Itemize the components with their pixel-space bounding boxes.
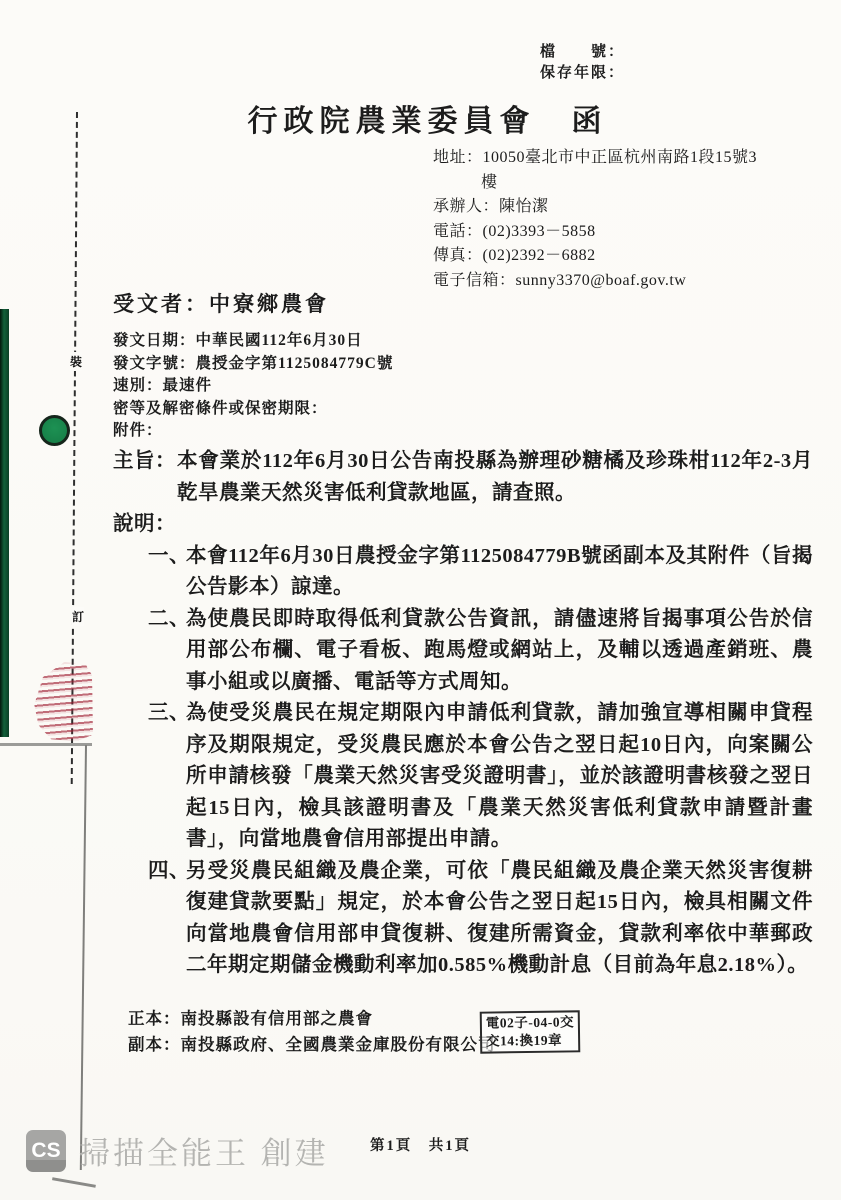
item-text: 另受災農民組織及農企業，可依「農民組織及農企業天然災害復耕復建貸款要點」規定，於… [186,860,813,977]
sender-address-line1: 地址：10050臺北市中正區杭州南路1段15號3 [433,146,813,171]
subject-text: 本會業於112年6月30日公告南投縣為辦理砂糖橘及珍珠柑112年2-3月乾旱農業… [177,450,813,504]
file-number-label: 檔 號： [540,42,625,63]
page-edge-vertical-line [80,745,87,1170]
subject-paragraph: 主旨： 本會業於112年6月30日公告南投縣為辦理砂糖橘及珍珠柑112年2-3月… [113,446,813,509]
registry-stamp: 電02子-04-0交 交14:換19章 [480,1010,581,1053]
recipient-line: 受文者：中寮鄉農會 [113,288,329,318]
distribution-original: 正本：南投縣設有信用部之農會 [128,1006,496,1032]
distribution-copy: 副本：南投縣政府、全國農業金庫股份有限公司 [128,1032,496,1058]
registry-stamp-line2: 交14:換19章 [486,1031,574,1050]
meta-doc-number: 發文字號：農授金字第1125084779C號 [113,353,393,376]
subject-label: 主旨： [113,446,176,478]
watermark-text: 掃描全能王 創建 [79,1128,329,1173]
sender-phone: 電話：(02)3393－5858 [433,220,813,245]
item-number: 三、 [148,698,190,730]
item-text: 本會112年6月30日農授金字第1125084779B號函副本及其附件（旨揭公告… [186,545,813,599]
sender-contact-person: 承辦人：陳怡潔 [433,195,813,220]
meta-security-class: 密等及解密條件或保密期限： [113,398,393,421]
binding-mark-ding: 訂 [72,607,84,626]
explanation-item-4: 四、 另受災農民組織及農企業，可依「農民組織及農企業天然災害復耕復建貸款要點」規… [113,856,813,982]
sender-email: 電子信箱：sunny3370@boaf.gov.tw [433,269,813,294]
camscanner-watermark: CS 掃描全能王 創建 [26,1128,329,1173]
green-edge-strip [0,309,9,737]
explanation-item-1: 一、 本會112年6月30日農授金字第1125084779B號函副本及其附件（旨… [113,541,813,604]
sender-info: 地址：10050臺北市中正區杭州南路1段15號3 樓 承辦人：陳怡潔 電話：(0… [433,146,813,293]
document-body: 主旨： 本會業於112年6月30日公告南投縣為辦理砂糖橘及珍珠柑112年2-3月… [113,446,813,982]
document-title: 行政院農業委員會 函 [0,96,841,140]
registry-stamp-line1: 電02子-04-0交 [486,1013,574,1032]
scanned-document-page: 裝 訂 檔 號： 保存年限： 行政院農業委員會 函 地址：10050臺北市中正區… [0,0,841,1200]
retention-label: 保存年限： [540,63,625,84]
page-edge-curve [52,1177,96,1187]
explanation-label: 說明： [113,509,813,541]
sender-address-line2: 樓 [433,171,813,196]
binding-mark-zhuang: 裝 [70,352,82,371]
item-number: 一、 [148,541,190,573]
item-text: 為使農民即時取得低利貸款公告資訊，請儘速將旨揭事項公告於信用部公布欄、電子看板、… [186,608,813,693]
meta-speed-class: 速別：最速件 [113,375,393,398]
sender-fax: 傳真：(02)2392－6882 [433,244,813,269]
hole-punch-mark [39,415,70,446]
camscanner-logo-icon: CS [26,1130,66,1172]
explanation-item-2: 二、 為使農民即時取得低利貸款公告資訊，請儘速將旨揭事項公告於信用部公布欄、電子… [113,604,813,699]
document-meta-block: 發文日期：中華民國112年6月30日 發文字號：農授金字第1125084779C… [113,330,393,443]
item-text: 為使受災農民在規定期限內申請低利貸款，請加強宣導相關申貸程序及期限規定，受災農民… [186,702,813,850]
explanation-item-3: 三、 為使受災農民在規定期限內申請低利貸款，請加強宣導相關申貸程序及期限規定，受… [113,698,813,856]
item-number: 四、 [148,856,190,888]
meta-issue-date: 發文日期：中華民國112年6月30日 [113,330,393,353]
item-number: 二、 [148,604,190,636]
meta-attachment: 附件： [113,420,393,443]
page-edge-horizontal-line [0,743,92,746]
file-number-block: 檔 號： 保存年限： [540,42,625,84]
distribution-block: 正本：南投縣設有信用部之農會 副本：南投縣政府、全國農業金庫股份有限公司 [128,1006,496,1058]
red-stamp-smudge [32,661,95,743]
